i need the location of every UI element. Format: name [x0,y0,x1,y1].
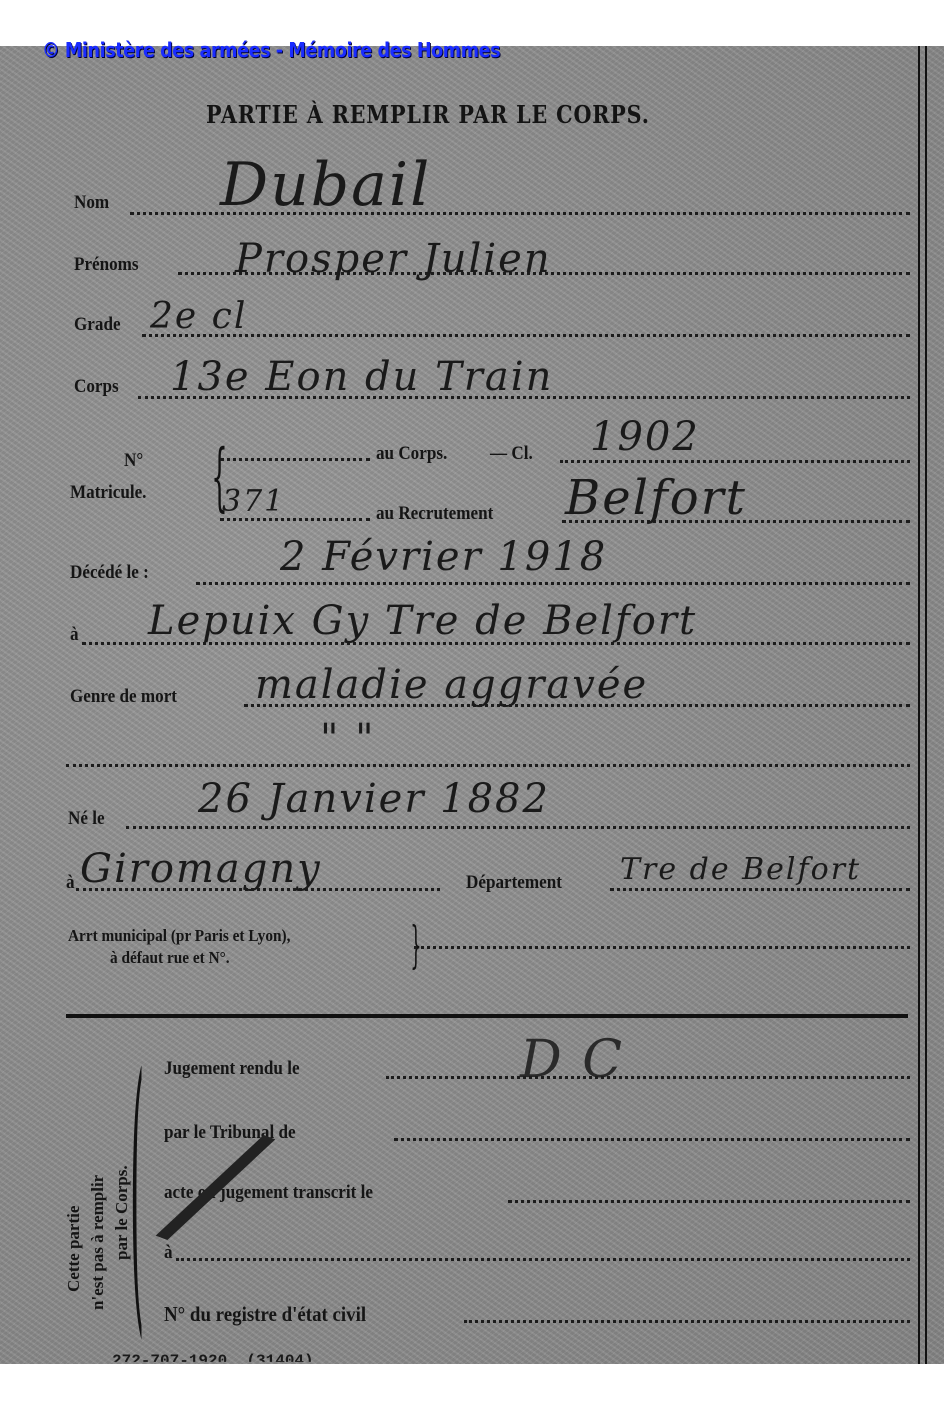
matricule-number-value: 371 [222,484,285,519]
decede-le-dotted-line [196,582,910,585]
departement-dotted-line [610,888,910,891]
copyright-watermark: © Ministère des armées - Mémoire des Hom… [42,38,500,62]
grade-dotted-line [142,334,910,337]
transcrit-dotted-line [508,1200,910,1203]
registre-label: N° du registre d'état civil [164,1302,366,1327]
nom-label: Nom [74,192,109,214]
corps-label: Corps [74,376,119,398]
side-note-line-2: n'est pas à remplir [88,1175,108,1310]
matricule-label-no: N° [124,450,143,472]
ne-le-value: 26 Janvier 1882 [198,776,550,822]
ne-le-dotted-line [126,826,910,829]
genre-de-mort-value: maladie aggravée [255,662,648,708]
registre-dotted-line [464,1320,910,1323]
genre-de-mort-label: Genre de mort [70,686,177,708]
classe-value: 1902 [590,414,700,460]
recrutement-value: Belfort [565,470,747,526]
transcrit-a-dotted-line [176,1258,910,1261]
printer-mark: 272-707-1920. (31404) [112,1352,314,1370]
section-divider [66,1014,908,1018]
decede-a-label: à [70,624,79,646]
prenoms-value: Prosper Julien [235,236,552,282]
side-note-line-3: par le Corps. [112,1165,132,1260]
jugement-rendu-label: Jugement rendu le [164,1058,300,1080]
genre-de-mort-continuation: " " [320,716,376,762]
departement-value: Tre de Belfort [620,852,861,887]
tribunal-dotted-line [394,1138,910,1141]
grade-value: 2e cl [150,296,247,337]
ne-a-label: à [66,872,75,894]
side-note-line-1: Cette partie [64,1206,84,1292]
handwritten-dc-mark: D C [520,1030,624,1090]
side-note-brace: ( [130,1040,144,1340]
ne-le-label: Né le [68,808,105,830]
matricule-label: Matricule. [70,482,146,504]
decede-a-value: Lepuix Gy Tre de Belfort [148,598,697,644]
arrondissement-brace: } [410,916,421,974]
arrondissement-label-2: à défaut rue et N°. [110,948,230,968]
right-margin-line [918,46,920,1364]
corps-value: 13e Eon du Train [170,354,553,400]
au-recrutement-label: au Recrutement [376,503,493,525]
form-title: PARTIE À REMPLIR PAR LE CORPS. [206,100,650,129]
prenoms-label: Prénoms [74,254,139,276]
classe-label: — Cl. [490,443,533,465]
classe-dotted-line [560,460,910,463]
decede-le-value: 2 Février 1918 [280,534,607,580]
arrondissement-label: Arrt municipal (pr Paris et Lyon), [68,926,290,946]
right-margin-line-2 [925,46,927,1364]
departement-label: Département [466,872,562,894]
jugement-rendu-dotted-line [386,1076,910,1079]
grade-label: Grade [74,314,121,336]
genre-de-mort-dotted-line-2 [66,764,910,767]
ne-a-value: Giromagny [80,846,322,892]
decede-le-label: Décédé le : [70,562,149,584]
au-corps-label: au Corps. [376,443,447,465]
matricule-corps-dotted-line [220,458,370,461]
arrondissement-dotted-line [414,946,910,949]
nom-value: Dubail [220,150,431,220]
